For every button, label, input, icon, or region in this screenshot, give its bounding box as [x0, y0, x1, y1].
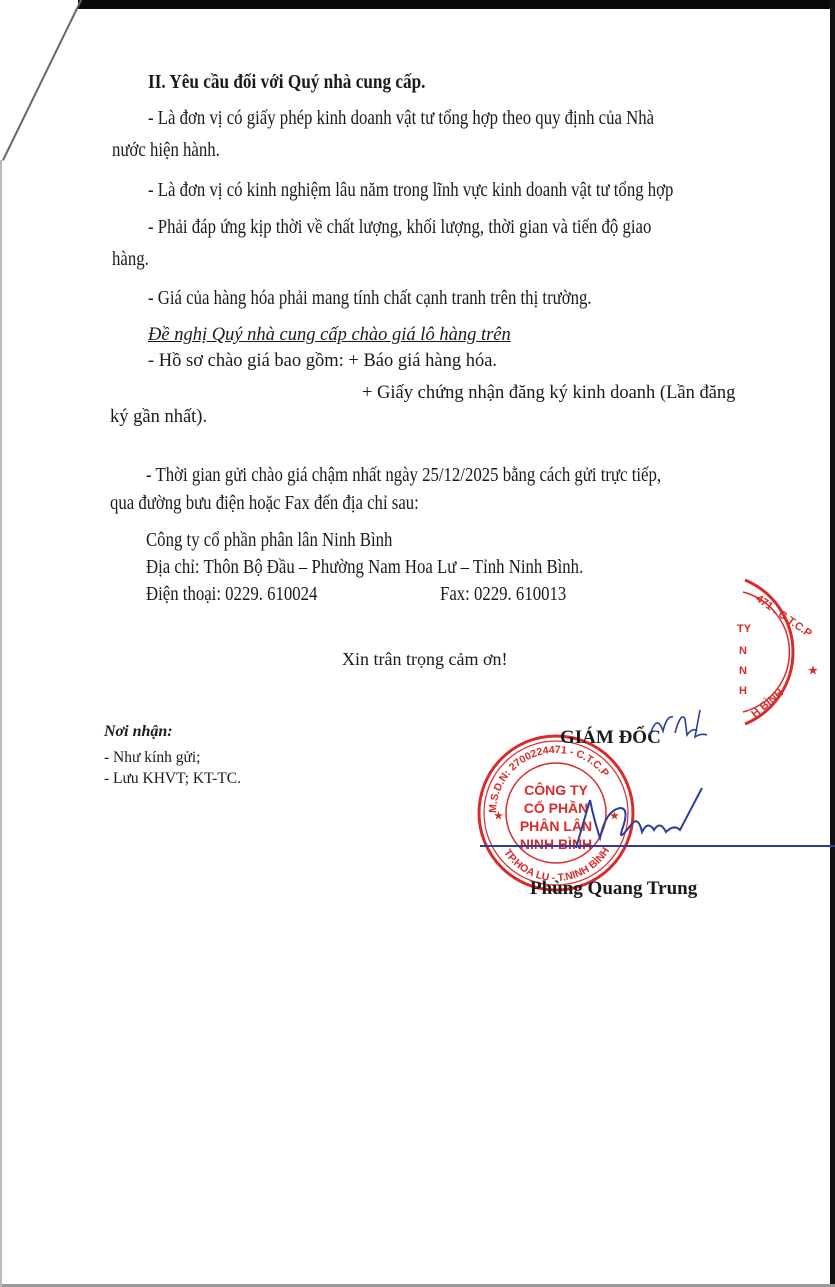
initials-mark	[645, 705, 715, 745]
page-fold-line	[2, 0, 84, 161]
company-phone: Điện thoại: 0229. 610024	[146, 585, 317, 605]
svg-text:H BÌNH: H BÌNH	[749, 686, 786, 720]
handwritten-signature	[470, 780, 835, 860]
svg-text:H: H	[739, 685, 747, 697]
svg-text:★: ★	[808, 665, 818, 677]
scan-top-edge	[78, 0, 835, 9]
partial-company-stamp: 471 . C.T.C.P TY N N H H BÌNH ★	[725, 572, 835, 732]
signatory-name: Phùng Quang Trung	[530, 879, 697, 898]
requirement-3-line2: hàng.	[112, 250, 149, 270]
company-fax: Fax: 0229. 610013	[440, 585, 566, 605]
requirement-1-line1: - Là đơn vị có giấy phép kinh doanh vật …	[148, 109, 654, 129]
requirement-4: - Giá của hàng hóa phải mang tính chất c…	[148, 289, 592, 309]
company-name: Công ty cổ phần phân lân Ninh Bình	[146, 531, 392, 551]
closing-text: Xin trân trọng cảm ơn!	[342, 650, 507, 668]
svg-text:N: N	[739, 665, 747, 677]
dossier-intro: - Hồ sơ chào giá bao gồm: + Báo giá hàng…	[148, 352, 497, 371]
section-heading: II. Yêu cầu đối với Quý nhà cung cấp.	[148, 72, 425, 92]
recipient-1: - Như kính gửi;	[104, 750, 200, 766]
proposal-heading: Đề nghị Quý nhà cung cấp chào giá lô hàn…	[148, 326, 511, 345]
requirement-1-line2: nước hiện hành.	[112, 141, 220, 161]
recipient-2: - Lưu KHVT; KT-TC.	[104, 771, 241, 787]
dossier-item-2-line2: ký gần nhất).	[110, 408, 207, 427]
recipients-label: Nơi nhận:	[104, 724, 173, 740]
scan-left-edge	[0, 160, 2, 1287]
company-address: Địa chỉ: Thôn Bộ Đầu – Phường Nam Hoa Lư…	[146, 558, 583, 578]
svg-text:TY: TY	[737, 623, 752, 635]
requirement-2: - Là đơn vị có kinh nghiệm lâu năm trong…	[148, 181, 673, 201]
deadline-line2: qua đường bưu điện hoặc Fax đến địa chỉ …	[110, 494, 419, 514]
svg-text:471 . C.T.C.P: 471 . C.T.C.P	[753, 593, 813, 640]
deadline-line1: - Thời gian gửi chào giá chậm nhất ngày …	[146, 466, 661, 486]
svg-text:N: N	[739, 645, 747, 657]
dossier-item-2-line1: + Giấy chứng nhận đăng ký kinh doanh (Lầ…	[362, 384, 735, 403]
requirement-3-line1: - Phải đáp ứng kịp thời về chất lượng, k…	[148, 218, 651, 238]
